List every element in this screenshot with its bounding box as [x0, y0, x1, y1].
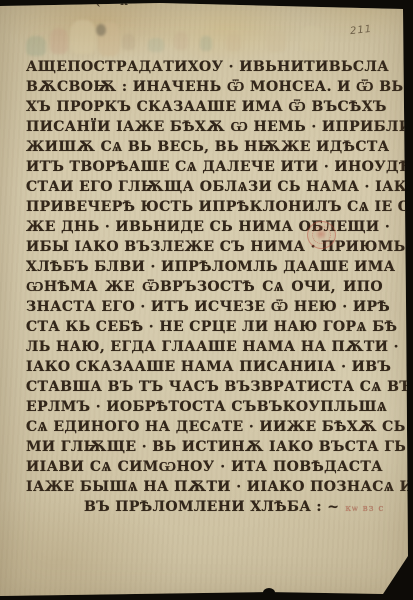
text-line: ѠНѢМА ЖЕ ѾВРЪЗОСТѢ СѦ ОЧИ, ИПО [26, 277, 383, 297]
showthrough-figure [226, 34, 241, 51]
showthrough-figure [26, 36, 46, 56]
text-line: ІАЖЕ БЫШѦ НА ПѪТИ · ИІАКО ПОЗНАСѦ ИМА [26, 477, 383, 497]
showthrough-figure [50, 28, 68, 54]
text-line: ЕРЛМЪ · ИОБРѢТОСТА СЪВЪКОУПЛЬШѦ [26, 397, 383, 417]
text-line: ИТЪ ТВОРѢАШЕ СѦ ДАЛЕЧЕ ИТИ · ИНОУДѢ [26, 157, 383, 177]
text-line: ХЛѢБЪ БЛВИ · ИПРѢЛОМЛЬ ДААШЕ ИМА [26, 257, 383, 277]
text-line: ЗНАСТА ЕГО · ИТЪ ИСЧЕЗЕ Ѿ НЕЮ · ИРѢ [26, 297, 383, 317]
showthrough-figure [148, 38, 164, 52]
ending-text: ВЪ ПРѢЛОМЛЕНИ ХЛѢБА : ~ [84, 499, 339, 515]
showthrough-figure [300, 26, 324, 52]
showthrough-figure [122, 34, 135, 50]
text-line: СТАВША ВЪ ТЪ ЧАСЪ ВЪЗВРАТИСТА СѦ ВЪ [26, 377, 383, 397]
text-line: ІАКО СКАЗААШЕ НАМА ПИСАНИІА · ИВЪ [26, 357, 383, 377]
text-line: ХЪ ПРОРКЪ СКАЗААШЕ ИМА Ѿ ВЪСѢХЪ [26, 97, 383, 117]
parchment-edge-notch [263, 588, 275, 597]
text-line: ЖИШѪ СѦ ВЬ ВЕСЬ, ВЬ НѬЖЕ ИДѢСТА [26, 137, 383, 157]
parchment-page: ( к ) 211 АЩЕПОСТРАДАТИХОУ · ИВЬНИТИВЬСЛ… [0, 0, 413, 600]
manuscript-photo: ( к ) 211 АЩЕПОСТРАДАТИХОУ · ИВЬНИТИВЬСЛ… [0, 0, 413, 600]
text-line: МИ ГЛѬЩЕ · ВЬ ИСТИНѪ ІАКО ВЪСТА ГЬ · [26, 437, 383, 457]
text-line: СТА КЬ СЕБѢ · НЕ СРЦЕ ЛИ НАЮ ГОРѦ БѢ [26, 317, 383, 337]
text-line: ИІАВИ СѦ СИМѠНОУ · ИТА ПОВѢДАСТА [26, 457, 383, 477]
showthrough-figure [70, 20, 96, 54]
text-line: ПИСАНЇИ ІАЖЕ БѢХѪ Ѡ НЕМЬ · ИПРИБЛИ [26, 117, 383, 137]
text-line: СѦ ЕДИНОГО НА ДЕСѦТЕ · ИИЖЕ БѢХѪ СЬ НИ [26, 417, 383, 437]
showthrough-figure [266, 30, 286, 52]
showthrough-figure [174, 32, 188, 50]
folio-number: 211 [350, 22, 391, 37]
text-line: АЩЕПОСТРАДАТИХОУ · ИВЬНИТИВЬСЛА [26, 57, 383, 77]
text-block: АЩЕПОСТРАДАТИХОУ · ИВЬНИТИВЬСЛА ВѪСВОѬ :… [26, 57, 383, 517]
text-line: ВѪСВОѬ : ИНАЧЕНЬ Ѿ МОНСЕА. И Ѿ ВЬСѢ [26, 77, 383, 97]
text-line-ending: ВЪ ПРѢЛОМЛЕНИ ХЛѢБА : ~кѡ вз с [26, 497, 383, 517]
text-line: ПРИВЕЧЕРѢ ЮСТЬ ИПРѢКЛОНИЛЪ СѦ ІЕ ОУ [26, 197, 383, 217]
showthrough-figure [96, 24, 106, 36]
text-line: СТАИ ЕГО ГЛѬЩА ОБЛѦЗИ СЬ НАМА · ІАКО [26, 177, 383, 197]
rubric-end-mark: кѡ вз с [345, 504, 384, 514]
trimmed-ink-marks: ( к ) [95, 0, 155, 8]
showthrough-figure [200, 36, 212, 51]
text-line: ЛЬ НАЮ, ЕГДА ГЛААШЕ НАМА НА ПѪТИ · [26, 337, 383, 357]
